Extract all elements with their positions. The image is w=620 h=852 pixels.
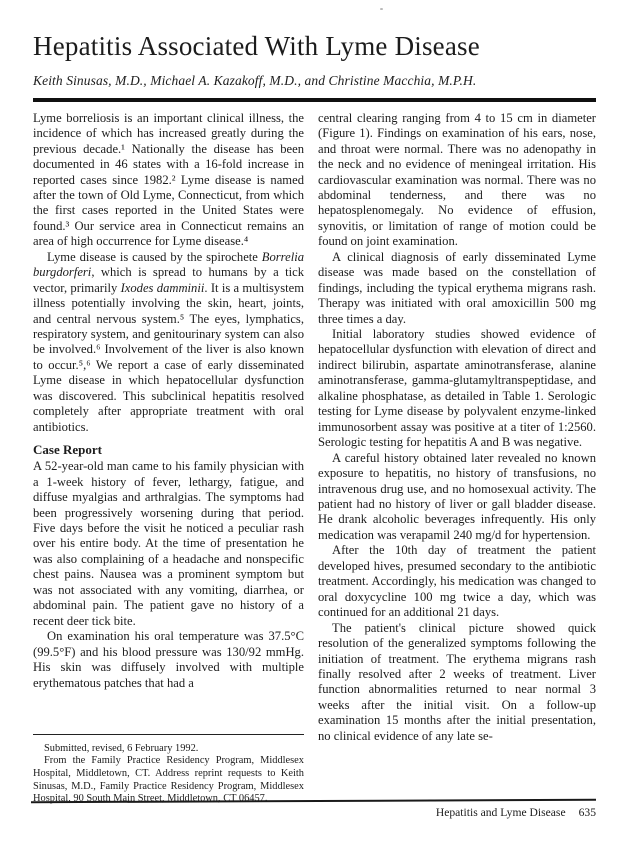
footnote-rule [33, 734, 304, 735]
article-title: Hepatitis Associated With Lyme Disease [33, 32, 596, 62]
paragraph: A 52-year-old man came to his family phy… [33, 459, 304, 629]
running-title: Hepatitis and Lyme Disease [436, 806, 566, 819]
paragraph: A careful history obtained later reveale… [318, 451, 596, 544]
title-rule [33, 98, 596, 102]
paragraph: A clinical diagnosis of early disseminat… [318, 250, 596, 327]
journal-page: Hepatitis Associated With Lyme Disease K… [0, 0, 620, 852]
paragraph: Initial laboratory studies showed eviden… [318, 327, 596, 451]
right-column: central clearing ranging from 4 to 15 cm… [318, 111, 596, 810]
paragraph: Lyme borreliosis is an important clinica… [33, 111, 304, 250]
footer-line: Hepatitis and Lyme Disease635 [31, 806, 596, 819]
article-authors: Keith Sinusas, M.D., Michael A. Kazakoff… [33, 73, 596, 89]
case-report-heading: Case Report [33, 442, 304, 458]
paragraph: The patient's clinical picture showed qu… [318, 621, 596, 745]
paragraph: Lyme disease is caused by the spirochete… [33, 250, 304, 435]
paragraph: On examination his oral temperature was … [33, 629, 304, 691]
footnote-affiliation: From the Family Practice Residency Progr… [33, 755, 304, 805]
left-column: Lyme borreliosis is an important clinica… [33, 111, 304, 810]
footer-rule [31, 799, 596, 803]
article-body: Lyme borreliosis is an important clinica… [33, 111, 596, 810]
scan-artifact-dot [380, 8, 383, 10]
page-number: 635 [579, 806, 596, 819]
footnote-block: Submitted, revised, 6 February 1992. Fro… [33, 734, 304, 806]
footnote-submitted: Submitted, revised, 6 February 1992. [33, 743, 304, 756]
paragraph: After the 10th day of treatment the pati… [318, 543, 596, 620]
page-footer: Hepatitis and Lyme Disease635 [31, 800, 596, 819]
paragraph: central clearing ranging from 4 to 15 cm… [318, 111, 596, 250]
